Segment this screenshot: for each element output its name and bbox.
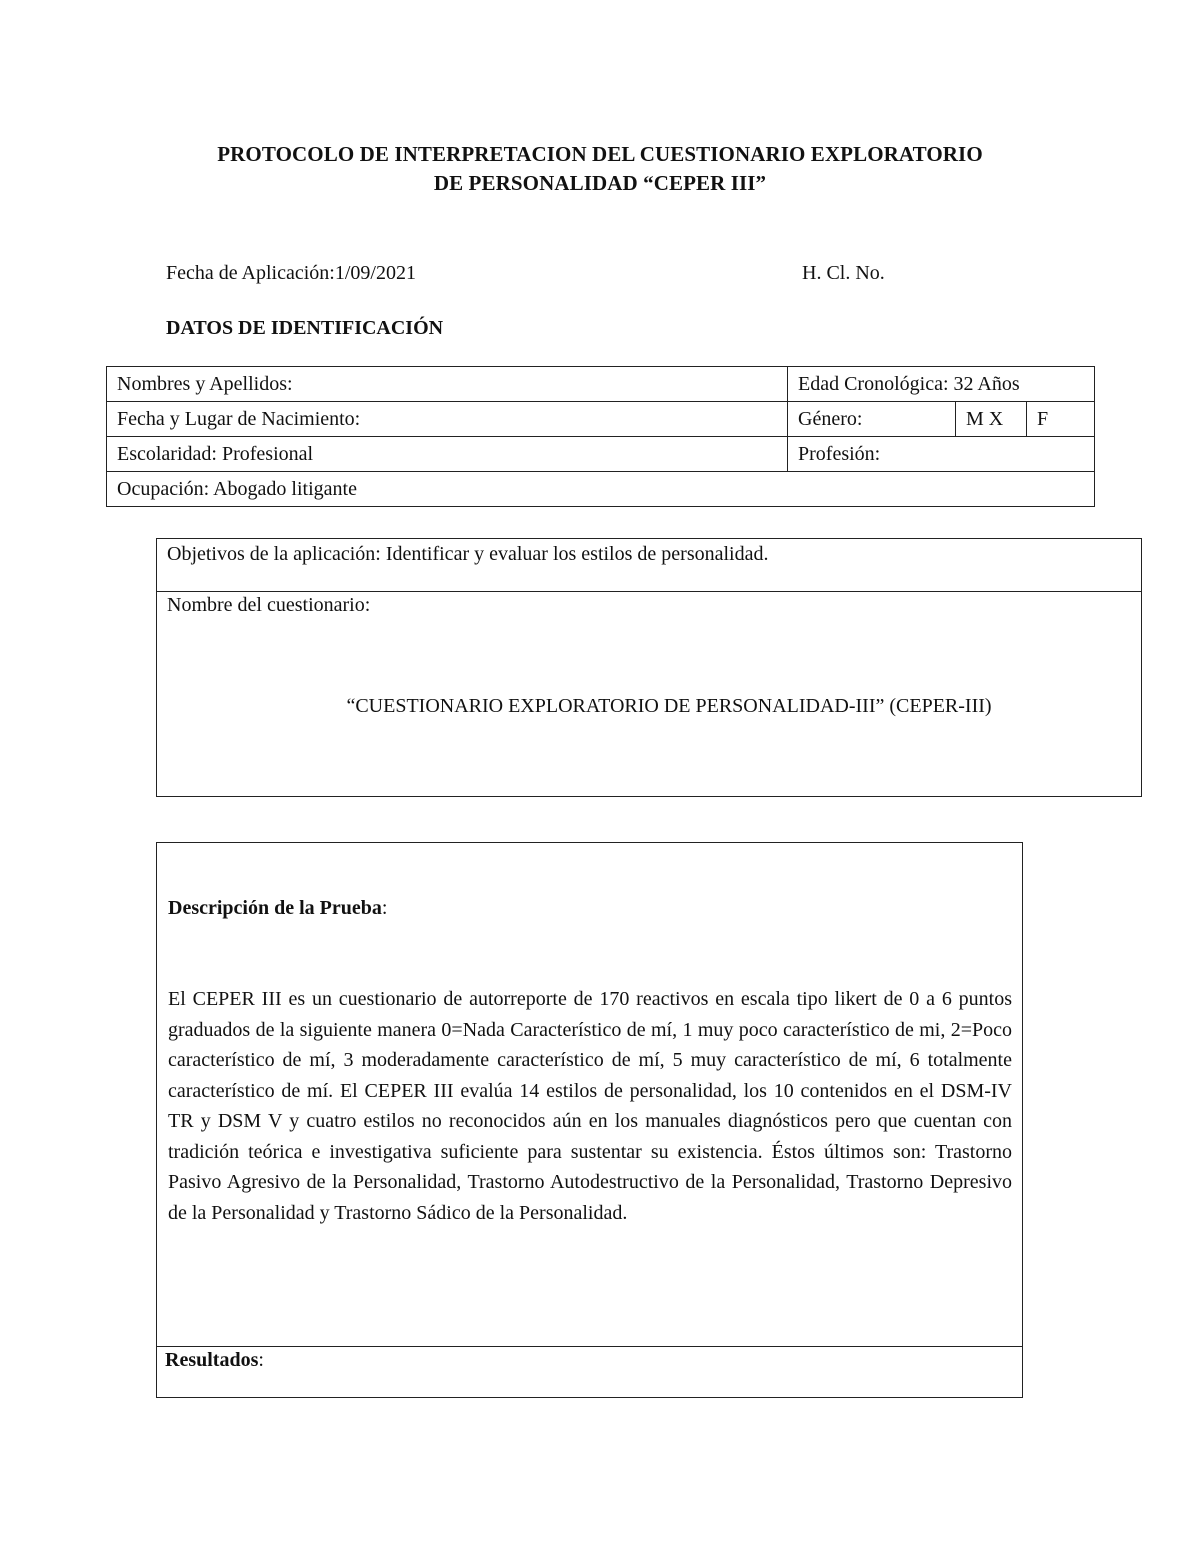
description-body: El CEPER III es un cuestionario de autor… <box>168 984 1012 1228</box>
description-box: Descripción de la Prueba: El CEPER III e… <box>156 842 1023 1398</box>
results-label: Resultados <box>165 1349 258 1371</box>
title-line-2: DE PERSONALIDAD “CEPER III” <box>0 169 1200 198</box>
description-heading-text: Descripción de la Prueba <box>168 897 382 919</box>
description-heading-colon: : <box>382 897 388 919</box>
education-cell: Escolaridad: Profesional <box>107 437 788 472</box>
objectives-text: Objetivos de la aplicación: Identificar … <box>167 543 768 565</box>
table-row: Ocupación: Abogado litigante <box>107 472 1095 507</box>
gender-label-cell: Género: <box>788 402 956 437</box>
questionnaire-name-value: “CUESTIONARIO EXPLORATORIO DE PERSONALID… <box>157 695 1141 718</box>
description-section: Descripción de la Prueba: El CEPER III e… <box>157 843 1022 1347</box>
occupation-cell: Ocupación: Abogado litigante <box>107 472 1095 507</box>
table-row: Fecha y Lugar de Nacimiento: Género: M X… <box>107 402 1095 437</box>
profession-cell: Profesión: <box>788 437 1095 472</box>
title-line-1: PROTOCOLO DE INTERPRETACION DEL CUESTION… <box>0 140 1200 169</box>
clinical-history-number: H. Cl. No. <box>802 262 885 285</box>
identification-table: Nombres y Apellidos: Edad Cronológica: 3… <box>106 366 1095 507</box>
description-heading: Descripción de la Prueba: <box>168 897 1012 920</box>
document-title: PROTOCOLO DE INTERPRETACION DEL CUESTION… <box>0 140 1200 198</box>
names-cell: Nombres y Apellidos: <box>107 367 788 402</box>
results-colon: : <box>258 1349 264 1371</box>
age-cell: Edad Cronológica: 32 Años <box>788 367 1095 402</box>
identification-heading: DATOS DE IDENTIFICACIÓN <box>166 317 443 340</box>
application-date: Fecha de Aplicación:1/09/2021 <box>166 262 416 285</box>
gender-male-cell: M X <box>956 402 1027 437</box>
questionnaire-name-row: Nombre del cuestionario: “CUESTIONARIO E… <box>157 592 1141 796</box>
results-section: Resultados: <box>157 1347 1022 1397</box>
table-row: Escolaridad: Profesional Profesión: <box>107 437 1095 472</box>
birth-cell: Fecha y Lugar de Nacimiento: <box>107 402 788 437</box>
questionnaire-name-label: Nombre del cuestionario: <box>167 594 1131 617</box>
gender-female-cell: F <box>1027 402 1095 437</box>
table-row: Nombres y Apellidos: Edad Cronológica: 3… <box>107 367 1095 402</box>
objectives-row: Objetivos de la aplicación: Identificar … <box>157 539 1141 592</box>
objectives-box: Objetivos de la aplicación: Identificar … <box>156 538 1142 797</box>
